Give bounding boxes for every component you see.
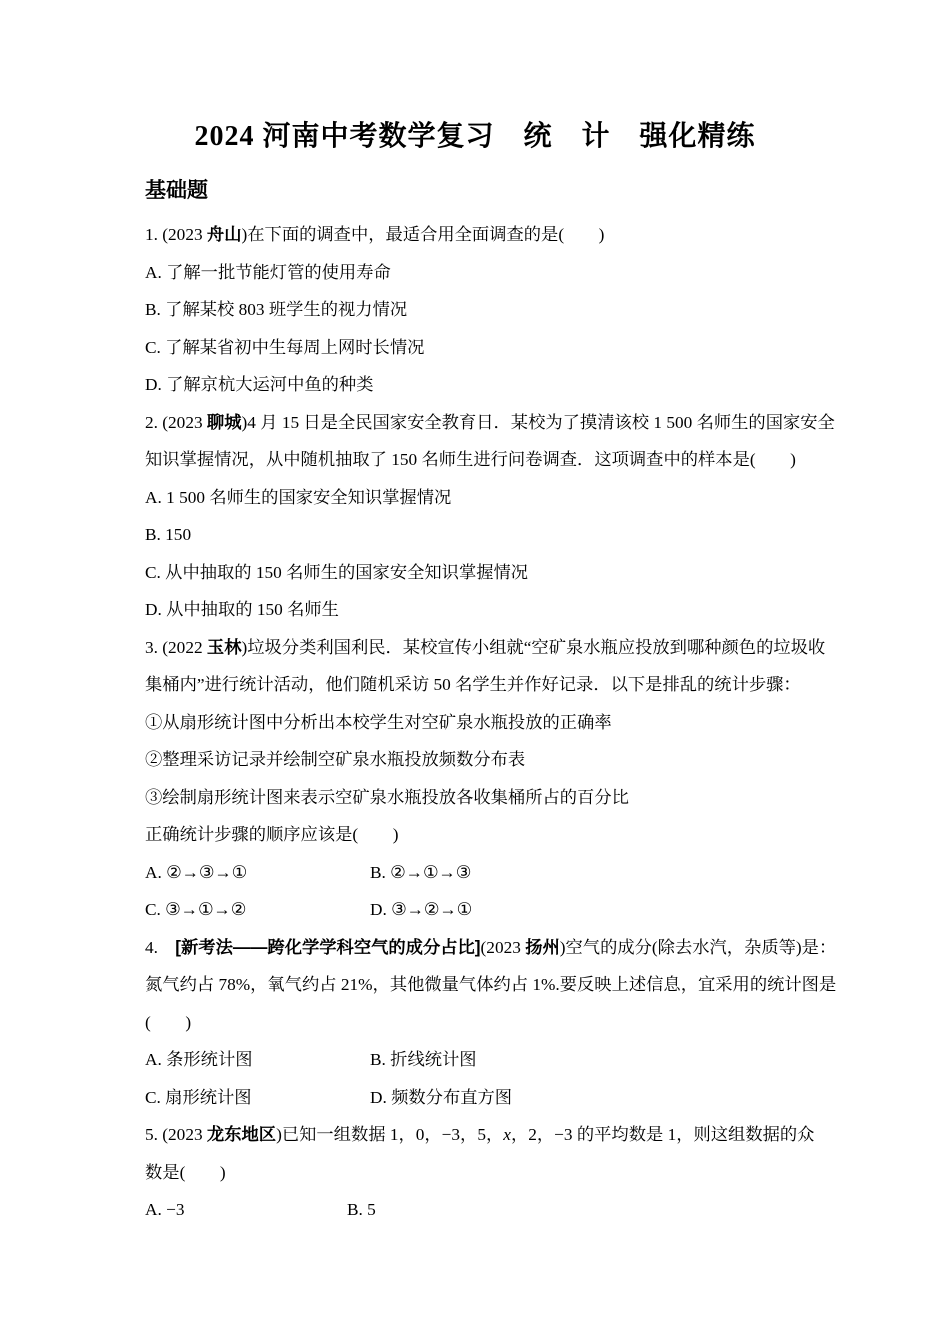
question-list: 1. (2023 舟山)在下面的调查中，最适合用全面调查的是( ) A. 了解一… [145, 216, 835, 1229]
question-number: 1. (2023 [145, 225, 207, 244]
text-segment: 数是( ) [145, 1163, 226, 1182]
text-segment: )4 月 15 日是全民国家安全教育日．某校为了摸清该校 1 500 名师生的国… [242, 413, 835, 432]
exam-document-page: 2024 河南中考数学复习 统 计 强化精练 基础题 1. (2023 舟山)在… [0, 0, 950, 1344]
option-b: B. 5 [347, 1200, 376, 1219]
question-1-option-d: D. 了解京杭大运河中鱼的种类 [145, 366, 835, 404]
option-d: D. 频数分布直方图 [370, 1088, 512, 1107]
text-segment: (2023 [481, 938, 526, 957]
step-3: ③绘制扇形统计图来表示空矿泉水瓶投放各收集桶所占的百分比 [145, 788, 629, 807]
question-2-option-b: B. 150 [145, 516, 835, 554]
text-segment: ，2，−3 的平均数是 1，则这组数据的众 [511, 1125, 815, 1144]
exam-region: 玉林 [207, 637, 242, 657]
answer-blank: ( ) [145, 1013, 191, 1032]
option-b: B. ②→①→③ [370, 863, 471, 882]
page-title: 2024 河南中考数学复习 统 计 强化精练 [0, 116, 950, 158]
question-1-option-c: C. 了解某省初中生每周上网时长情况 [145, 329, 835, 367]
question-4-stem-line-1: 4. [新考法——跨化学学科空气的成分占比](2023 扬州)空气的成分(除去水… [145, 929, 835, 967]
question-5-options-ab: A. −3B. 5 [145, 1191, 835, 1229]
question-3-options-cd: C. ③→①→②D. ③→②→① [145, 891, 835, 929]
option-a: A. 条形统计图 [145, 1041, 370, 1079]
question-3-options-ab: A. ②→③→①B. ②→①→③ [145, 854, 835, 892]
question-3-stem-line-2: 集桶内”进行统计活动，他们随机采访 50 名学生并作好记录．以下是排乱的统计步骤… [145, 666, 835, 704]
step-1: ①从扇形统计图中分析出本校学生对空矿泉水瓶投放的正确率 [145, 713, 612, 732]
question-2-option-c: C. 从中抽取的 150 名师生的国家安全知识掌握情况 [145, 554, 835, 592]
question-2-stem-line-2: 知识掌握情况，从中随机抽取了 150 名师生进行问卷调查．这项调查中的样本是( … [145, 441, 835, 479]
variable-x: x [503, 1125, 511, 1144]
text-segment: )垃圾分类利国利民．某校宣传小组就“空矿泉水瓶应投放到哪种颜色的垃圾收 [242, 638, 826, 657]
prompt: 正确统计步骤的顺序应该是( ) [145, 825, 398, 844]
text-segment: )空气的成分(除去水汽，杂质等)是： [560, 938, 836, 957]
option-a: A. −3 [145, 1191, 347, 1229]
text-segment: 氮气约占 78%，氧气约占 21%，其他微量气体约占 1%.要反映上述信息，宜采… [145, 975, 836, 994]
question-4-options-cd: C. 扇形统计图D. 频数分布直方图 [145, 1079, 835, 1117]
exam-region: 舟山 [207, 224, 242, 244]
option-d: D. 了解京杭大运河中鱼的种类 [145, 375, 374, 394]
exam-region: 扬州 [525, 937, 560, 957]
question-number: 3. (2022 [145, 638, 207, 657]
section-heading-basic-questions: 基础题 [145, 175, 208, 207]
exam-region: 聊城 [207, 412, 242, 432]
text-segment: 集桶内”进行统计活动，他们随机采访 50 名学生并作好记录．以下是排乱的统计步骤… [145, 675, 801, 694]
question-1-option-a: A. 了解一批节能灯管的使用寿命 [145, 254, 835, 292]
question-2-option-a: A. 1 500 名师生的国家安全知识掌握情况 [145, 479, 835, 517]
option-b: B. 折线统计图 [370, 1050, 477, 1069]
question-3-step-3: ③绘制扇形统计图来表示空矿泉水瓶投放各收集桶所占的百分比 [145, 779, 835, 817]
option-c: C. 了解某省初中生每周上网时长情况 [145, 338, 424, 357]
question-5-stem-line-1: 5. (2023 龙东地区)已知一组数据 1，0，−3，5，x，2，−3 的平均… [145, 1116, 835, 1154]
question-2-option-d: D. 从中抽取的 150 名师生 [145, 591, 835, 629]
question-4-answer-blank: ( ) [145, 1004, 835, 1042]
option-a: A. 了解一批节能灯管的使用寿命 [145, 263, 391, 282]
question-3-step-2: ②整理采访记录并绘制空矿泉水瓶投放频数分布表 [145, 741, 835, 779]
option-c: C. 从中抽取的 150 名师生的国家安全知识掌握情况 [145, 563, 528, 582]
option-c: C. 扇形统计图 [145, 1079, 370, 1117]
option-b: B. 150 [145, 525, 191, 544]
option-b: B. 了解某校 803 班学生的视力情况 [145, 300, 407, 319]
text-segment: )在下面的调查中，最适合用全面调查的是( ) [242, 225, 605, 244]
question-number: 2. (2023 [145, 413, 207, 432]
option-a: A. 1 500 名师生的国家安全知识掌握情况 [145, 488, 451, 507]
question-4-stem-line-2: 氮气约占 78%，氧气约占 21%，其他微量气体约占 1%.要反映上述信息，宜采… [145, 966, 835, 1004]
question-number: 4. [145, 938, 175, 957]
option-a: A. ②→③→① [145, 854, 370, 892]
question-1-stem: 1. (2023 舟山)在下面的调查中，最适合用全面调查的是( ) [145, 216, 835, 254]
question-3-stem-line-1: 3. (2022 玉林)垃圾分类利国利民．某校宣传小组就“空矿泉水瓶应投放到哪种… [145, 629, 835, 667]
question-3-step-1: ①从扇形统计图中分析出本校学生对空矿泉水瓶投放的正确率 [145, 704, 835, 742]
question-2-stem-line-1: 2. (2023 聊城)4 月 15 日是全民国家安全教育日．某校为了摸清该校 … [145, 404, 835, 442]
text-segment: )已知一组数据 1，0，−3，5， [276, 1125, 503, 1144]
question-number: 5. (2023 [145, 1125, 207, 1144]
question-3-prompt: 正确统计步骤的顺序应该是( ) [145, 816, 835, 854]
new-method-tag: [新考法——跨化学学科空气的成分占比] [175, 937, 480, 957]
question-5-stem-line-2: 数是( ) [145, 1154, 835, 1192]
text-segment: 知识掌握情况，从中随机抽取了 150 名师生进行问卷调查．这项调查中的样本是( … [145, 450, 796, 469]
step-2: ②整理采访记录并绘制空矿泉水瓶投放频数分布表 [145, 750, 525, 769]
option-c: C. ③→①→② [145, 891, 370, 929]
question-4-options-ab: A. 条形统计图B. 折线统计图 [145, 1041, 835, 1079]
option-d: D. 从中抽取的 150 名师生 [145, 600, 339, 619]
question-1-option-b: B. 了解某校 803 班学生的视力情况 [145, 291, 835, 329]
exam-region: 龙东地区 [207, 1124, 276, 1144]
option-d: D. ③→②→① [370, 900, 472, 919]
